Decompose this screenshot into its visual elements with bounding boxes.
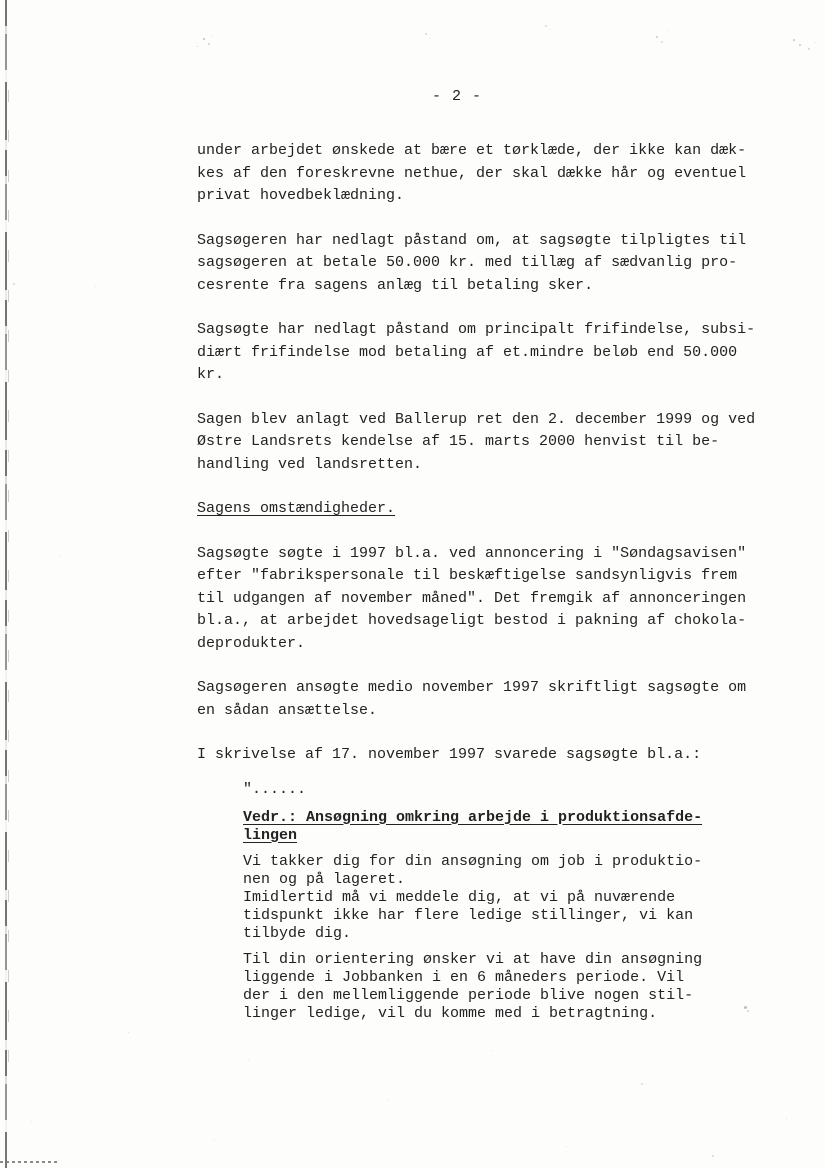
scan-speck <box>248 1060 249 1061</box>
letter-subject-heading: Vedr.: Ansøgning omkring arbejde i produ… <box>243 809 777 845</box>
body-paragraph: I skrivelse af 17. november 1997 svarede… <box>197 744 777 767</box>
page-number: - 2 - <box>197 86 717 108</box>
scan-speck <box>667 30 668 31</box>
scan-speck <box>13 283 15 285</box>
scan-speck <box>492 1050 493 1051</box>
scan-speck <box>197 46 198 47</box>
letter-paragraph: Til din orientering ønsker vi at have di… <box>243 951 777 1023</box>
body-paragraph: Sagsøgeren har nedlagt påstand om, at sa… <box>197 230 777 298</box>
scan-speck <box>60 556 61 557</box>
scan-binding-artifact-secondary <box>8 90 9 1070</box>
scanned-document-page: - 2 - under arbejdet ønskede at bære et … <box>0 0 825 1168</box>
letter-paragraph: Vi takker dig for din ansøgning om job i… <box>243 853 777 943</box>
scan-speck <box>545 25 547 27</box>
scan-speck <box>212 36 213 37</box>
scan-speck <box>550 29 551 30</box>
body-paragraph: Sagsøgeren ansøgte medio november 1997 s… <box>197 677 777 722</box>
scan-speck <box>214 1140 215 1141</box>
quote-open-marker: "...... <box>243 781 777 799</box>
scan-speck <box>388 1100 389 1101</box>
scan-speck <box>815 42 816 43</box>
scan-speck <box>641 1083 643 1085</box>
scan-speck <box>656 36 658 38</box>
scan-speck <box>786 1118 787 1119</box>
scan-speck <box>203 38 205 40</box>
body-paragraph: Sagsøgte har nedlagt påstand om principa… <box>197 319 777 387</box>
scan-speck <box>808 48 810 50</box>
scan-speck <box>208 43 210 45</box>
scan-speck <box>31 1121 32 1122</box>
document-content: - 2 - under arbejdet ønskede at bære et … <box>197 86 777 1031</box>
quoted-letter-block: "...... Vedr.: Ansøgning omkring arbejde… <box>243 781 777 1023</box>
scan-edge-artifact <box>0 1161 58 1163</box>
scan-speck <box>793 39 795 41</box>
scan-binding-artifact <box>5 0 7 1168</box>
scan-speck <box>566 1146 567 1147</box>
scan-speck <box>661 41 663 43</box>
scan-speck <box>95 286 96 287</box>
scan-speck <box>429 38 430 39</box>
section-heading: Sagens omstændigheder. <box>197 498 777 521</box>
body-paragraph: Sagsøgte søgte i 1997 bl.a. ved annoncer… <box>197 543 777 656</box>
scan-speck <box>425 33 427 35</box>
scan-speck <box>799 44 801 46</box>
body-paragraph: Sagen blev anlagt ved Ballerup ret den 2… <box>197 409 777 477</box>
scan-speck <box>128 1032 129 1033</box>
scan-speck <box>712 1155 714 1157</box>
body-paragraph: under arbejdet ønskede at bære et tørklæ… <box>197 140 777 208</box>
